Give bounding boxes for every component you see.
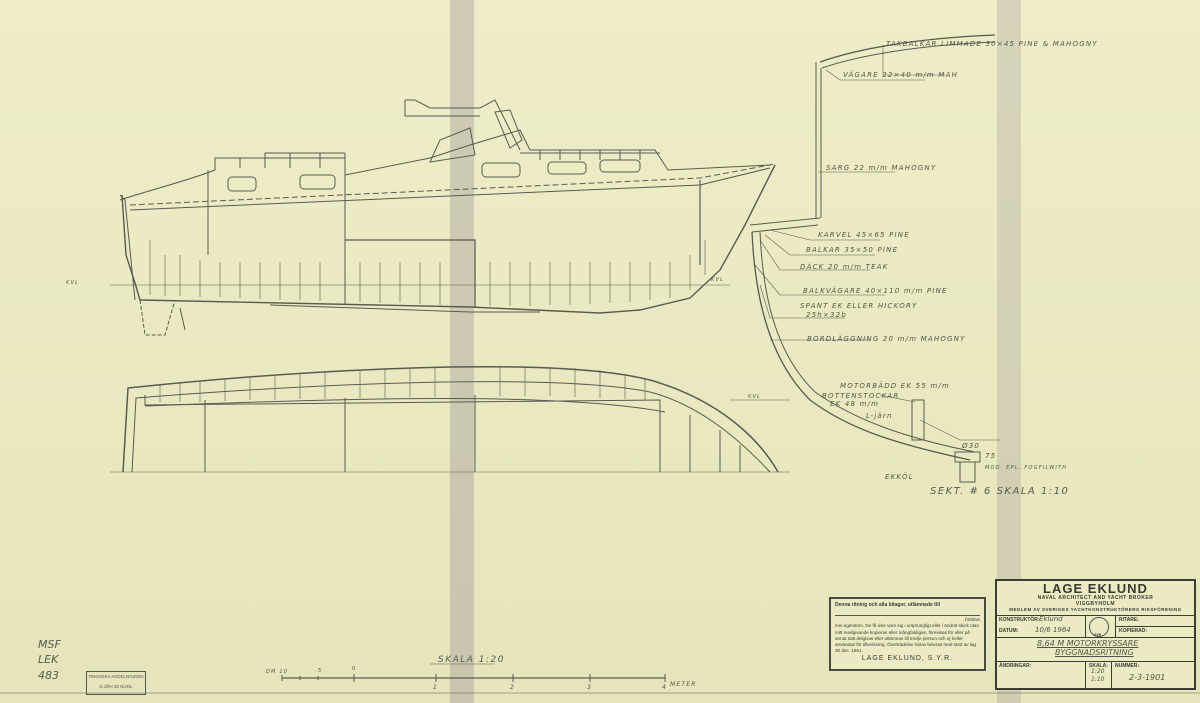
stamp-line1: TEKNISKA AVDELNINGEN (87, 672, 145, 682)
label-takbalkar: TAKBALKAR LIMMADE 30×45 PINE & MAHOGNY (886, 40, 1098, 48)
label-bottenstockar: BOTTENSTOCKAR (822, 392, 899, 400)
kopierad-label: KOPIERAD: (1119, 628, 1147, 634)
profile-view (110, 100, 775, 335)
firm-name: LAGE EKLUND (997, 582, 1194, 595)
label-dack: DÄCK 20 m/m TEAK (800, 263, 889, 271)
nummer-value: 2-3-1901 (1129, 673, 1165, 682)
waterline-label: KVL (748, 394, 761, 400)
stamp-line2: S.JÖH 25 NUOL (87, 682, 145, 692)
skala-value-1: 1:20 (1091, 668, 1104, 675)
label-balkar: BALKAR 35×50 PINE (806, 246, 898, 254)
konstruktor-label: KONSTRUKTÖR: (999, 617, 1040, 623)
label-l-jarn: L-järn (866, 412, 893, 420)
drawing-title-line2: BYGGNADSRITNING (1055, 648, 1134, 657)
label-ekkol: EKKÖL (885, 473, 914, 481)
label-vagare: VÄGARE 22×40 m/m MAH (843, 71, 958, 79)
datum-label: DATUM: (999, 628, 1018, 634)
scale-tick: 3 (587, 684, 592, 691)
datum-value: 10/6 1964 (1035, 626, 1071, 634)
label-dim-75: 75 (985, 452, 996, 460)
copyright-notice: Denna ritning och alla bilagor, utlämnad… (829, 597, 986, 671)
archive-stamp: TEKNISKA AVDELNINGEN S.JÖH 25 NUOL (86, 671, 146, 695)
archive-mark-lek: LEK (38, 653, 58, 666)
label-bordlaggning: BORDLÄGGNING 20 m/m MAHOGNY (807, 335, 966, 343)
label-mod: MOD. EPL. FOGFILWITH (985, 465, 1067, 471)
section-caption: SEKT. # 6 SKALA 1:10 (930, 486, 1069, 497)
scale-bar-line (282, 664, 665, 682)
archive-mark-number: 483 (38, 669, 59, 682)
scale-tick: 4 (662, 684, 667, 691)
scale-unit-right: METER (670, 681, 697, 688)
waterline-label: KVL (66, 280, 79, 286)
nummer-label: NUMMER: (1115, 663, 1139, 669)
label-motorbadd: MOTORBÄDD EK 55 m/m (840, 382, 950, 390)
scale-unit-left: DM 10 (266, 669, 288, 675)
label-karvel: KARVEL 45×65 PINE (818, 231, 910, 239)
scale-tick: 2 (510, 684, 515, 691)
label-diameter: Ø30 (962, 442, 980, 450)
label-sarg: SARG 22 m/m MAHOGNY (826, 164, 936, 172)
ritare-label: RITARE: (1119, 617, 1139, 623)
firm-membership: MEDLEM AV SVERIGES YACHTKONSTRUKTÖRERS R… (997, 607, 1194, 613)
label-spant: SPANT EK ELLER HICKORY (800, 302, 917, 310)
andringar-label: ÄNDRINGAR: (999, 663, 1031, 669)
drawing-title-line1: 8,64 M MOTORKRYSSARE (1037, 639, 1138, 648)
notice-body: min egendom. De få icke vare sig i urspr… (835, 623, 980, 654)
deck-plan-view (110, 366, 790, 472)
scale-tick: 0 (352, 666, 356, 672)
waterline-label: KVL (711, 277, 724, 283)
scale-tick: 5 (318, 668, 322, 674)
scale-tick: 1 (433, 684, 438, 691)
label-bottenstockar-dim: EK 48 m/m (830, 400, 879, 408)
skala-value-2: 1:10 (1091, 676, 1104, 683)
konstruktor-value: Eklund (1039, 615, 1063, 623)
section-six-view (730, 35, 1000, 482)
label-spant-dim: 25h×32b (806, 311, 847, 319)
scale-title: SKALA 1:20 (438, 655, 505, 665)
title-block: LAGE EKLUND NAVAL ARCHITECT AND YACHT BR… (995, 579, 1196, 690)
notice-signature: LAGE EKLUND, S.Y.R. (835, 656, 980, 662)
label-balkvagare: BALKVÄGARE 40×110 m/m PINE (803, 287, 948, 295)
archive-mark-msf: MSF (38, 638, 61, 651)
